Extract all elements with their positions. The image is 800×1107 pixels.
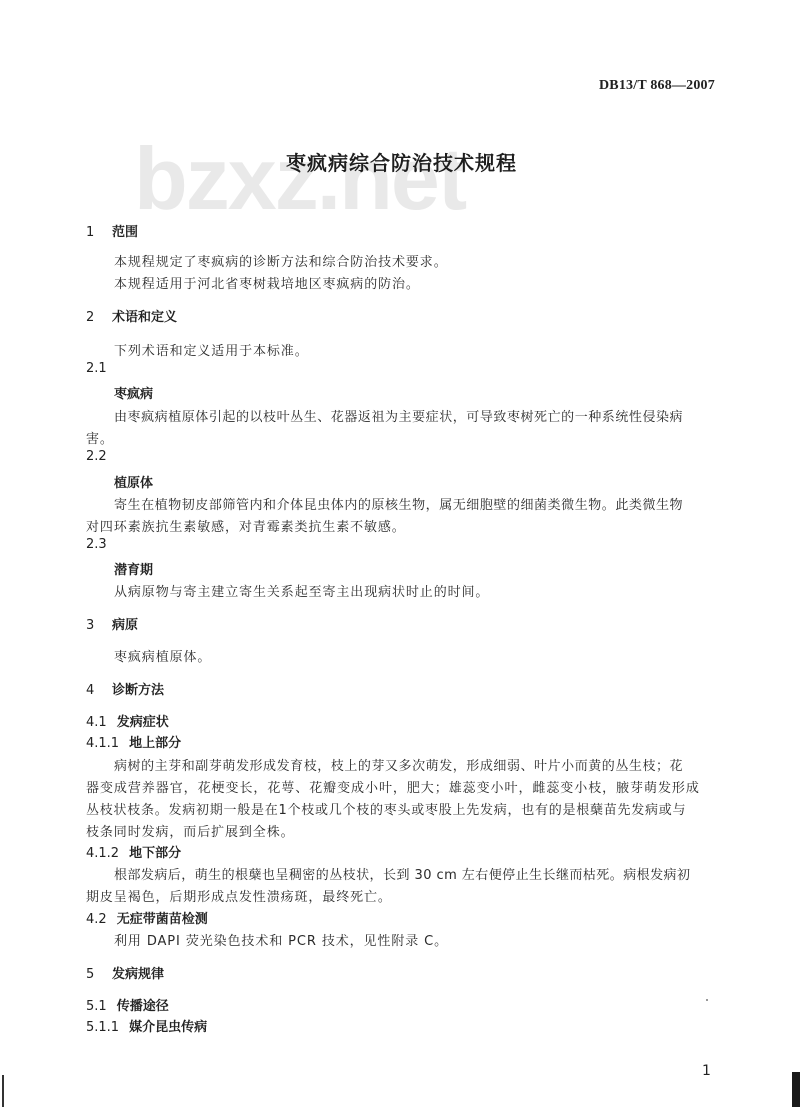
- subsection-4-2-heading: 4.2无症带菌苗检测: [86, 908, 208, 927]
- section-title: 诊断方法: [112, 683, 164, 698]
- term-definition: 害。: [86, 428, 114, 447]
- section-4-heading: 4诊断方法: [86, 679, 164, 698]
- section-title: 术语和定义: [112, 310, 177, 325]
- subsection-4-1-2-heading: 4.1.2地下部分: [86, 842, 181, 861]
- section-5-heading: 5发病规律: [86, 963, 164, 982]
- scan-edge-left: [2, 1075, 4, 1107]
- subsection-title: 地下部分: [129, 846, 181, 861]
- paragraph-line: 枝条同时发病，而后扩展到全株。: [86, 821, 295, 840]
- term-number: 2.2: [86, 449, 107, 464]
- section-title: 病原: [112, 618, 138, 633]
- subsection-title: 传播途径: [117, 999, 169, 1014]
- term-number: 2.1: [86, 361, 107, 376]
- paragraph: 本规程规定了枣疯病的诊断方法和综合防治技术要求。: [114, 251, 448, 270]
- section-number: 2: [86, 310, 112, 325]
- paragraph-line: 根部发病后，萌生的根蘖也呈稠密的丛枝状，长到 30 cm 左右便停止生长继而枯死…: [114, 864, 690, 883]
- term-definition: 寄生在植物韧皮部筛管内和介体昆虫体内的原核生物，属无细胞壁的细菌类微生物。此类微…: [114, 494, 683, 513]
- paragraph: 枣疯病植原体。: [114, 646, 211, 665]
- paragraph: 下列术语和定义适用于本标准。: [114, 340, 309, 359]
- section-number: 3: [86, 618, 112, 633]
- scan-edge-right: [792, 1072, 800, 1107]
- paragraph-line: 利用 DAPI 荧光染色技术和 PCR 技术，见性附录 C。: [114, 930, 448, 949]
- page-number: 1: [702, 1063, 711, 1079]
- section-3-heading: 3病原: [86, 614, 138, 633]
- subsection-4-1-1-heading: 4.1.1地上部分: [86, 732, 181, 751]
- subsection-number: 5.1: [86, 999, 107, 1014]
- section-title: 范围: [112, 225, 138, 240]
- document-title: 枣疯病综合防治技术规程: [286, 147, 517, 176]
- paragraph-line: 期皮呈褐色，后期形成点发性溃疡斑，最终死亡。: [86, 886, 392, 905]
- paragraph-line: 病树的主芽和副芽萌发形成发育枝，枝上的芽又多次萌发，形成细弱、叶片小而黄的丛生枝…: [114, 755, 683, 774]
- section-number: 4: [86, 683, 112, 698]
- subsection-number: 4.1: [86, 715, 107, 730]
- term-number: 2.3: [86, 537, 107, 552]
- subsection-5-1-1-heading: 5.1.1媒介昆虫传病: [86, 1016, 207, 1035]
- section-number: 5: [86, 967, 112, 982]
- subsection-number: 5.1.1: [86, 1020, 119, 1035]
- term-definition: 对四环素族抗生素敏感，对青霉素类抗生素不敏感。: [86, 516, 406, 535]
- subsection-title: 媒介昆虫传病: [129, 1020, 207, 1035]
- section-1-heading: 1范围: [86, 221, 138, 240]
- section-number: 1: [86, 225, 112, 240]
- term-definition: 由枣疯病植原体引起的以枝叶丛生、花器返祖为主要症状，可导致枣树死亡的一种系统性侵…: [114, 406, 683, 425]
- section-2-heading: 2术语和定义: [86, 306, 177, 325]
- subsection-title: 发病症状: [117, 715, 169, 730]
- paragraph-line: 器变成营养器官，花梗变长，花萼、花瓣变成小叶，肥大；雄蕊变小叶，雌蕊变小枝，腋芽…: [86, 777, 700, 796]
- term-definition: 从病原物与寄主建立寄生关系起至寄主出现病状时止的时间。: [114, 581, 489, 600]
- subsection-number: 4.2: [86, 912, 107, 927]
- section-title: 发病规律: [112, 967, 164, 982]
- subsection-4-1-heading: 4.1发病症状: [86, 711, 169, 730]
- paragraph-line: 丛枝状枝条。发病初期一般是在1个枝或几个枝的枣头或枣股上先发病，也有的是根蘖苗先…: [86, 799, 686, 818]
- subsection-number: 4.1.1: [86, 736, 119, 751]
- scan-speck: [706, 999, 708, 1001]
- subsection-title: 无症带菌苗检测: [117, 912, 208, 927]
- subsection-number: 4.1.2: [86, 846, 119, 861]
- subsection-5-1-heading: 5.1传播途径: [86, 995, 169, 1014]
- term-name: 潜育期: [114, 559, 153, 578]
- paragraph: 本规程适用于河北省枣树栽培地区枣疯病的防治。: [114, 273, 420, 292]
- standard-code: DB13/T 868—2007: [599, 78, 715, 94]
- term-name: 植原体: [114, 472, 153, 491]
- subsection-title: 地上部分: [129, 736, 181, 751]
- term-name: 枣疯病: [114, 383, 153, 402]
